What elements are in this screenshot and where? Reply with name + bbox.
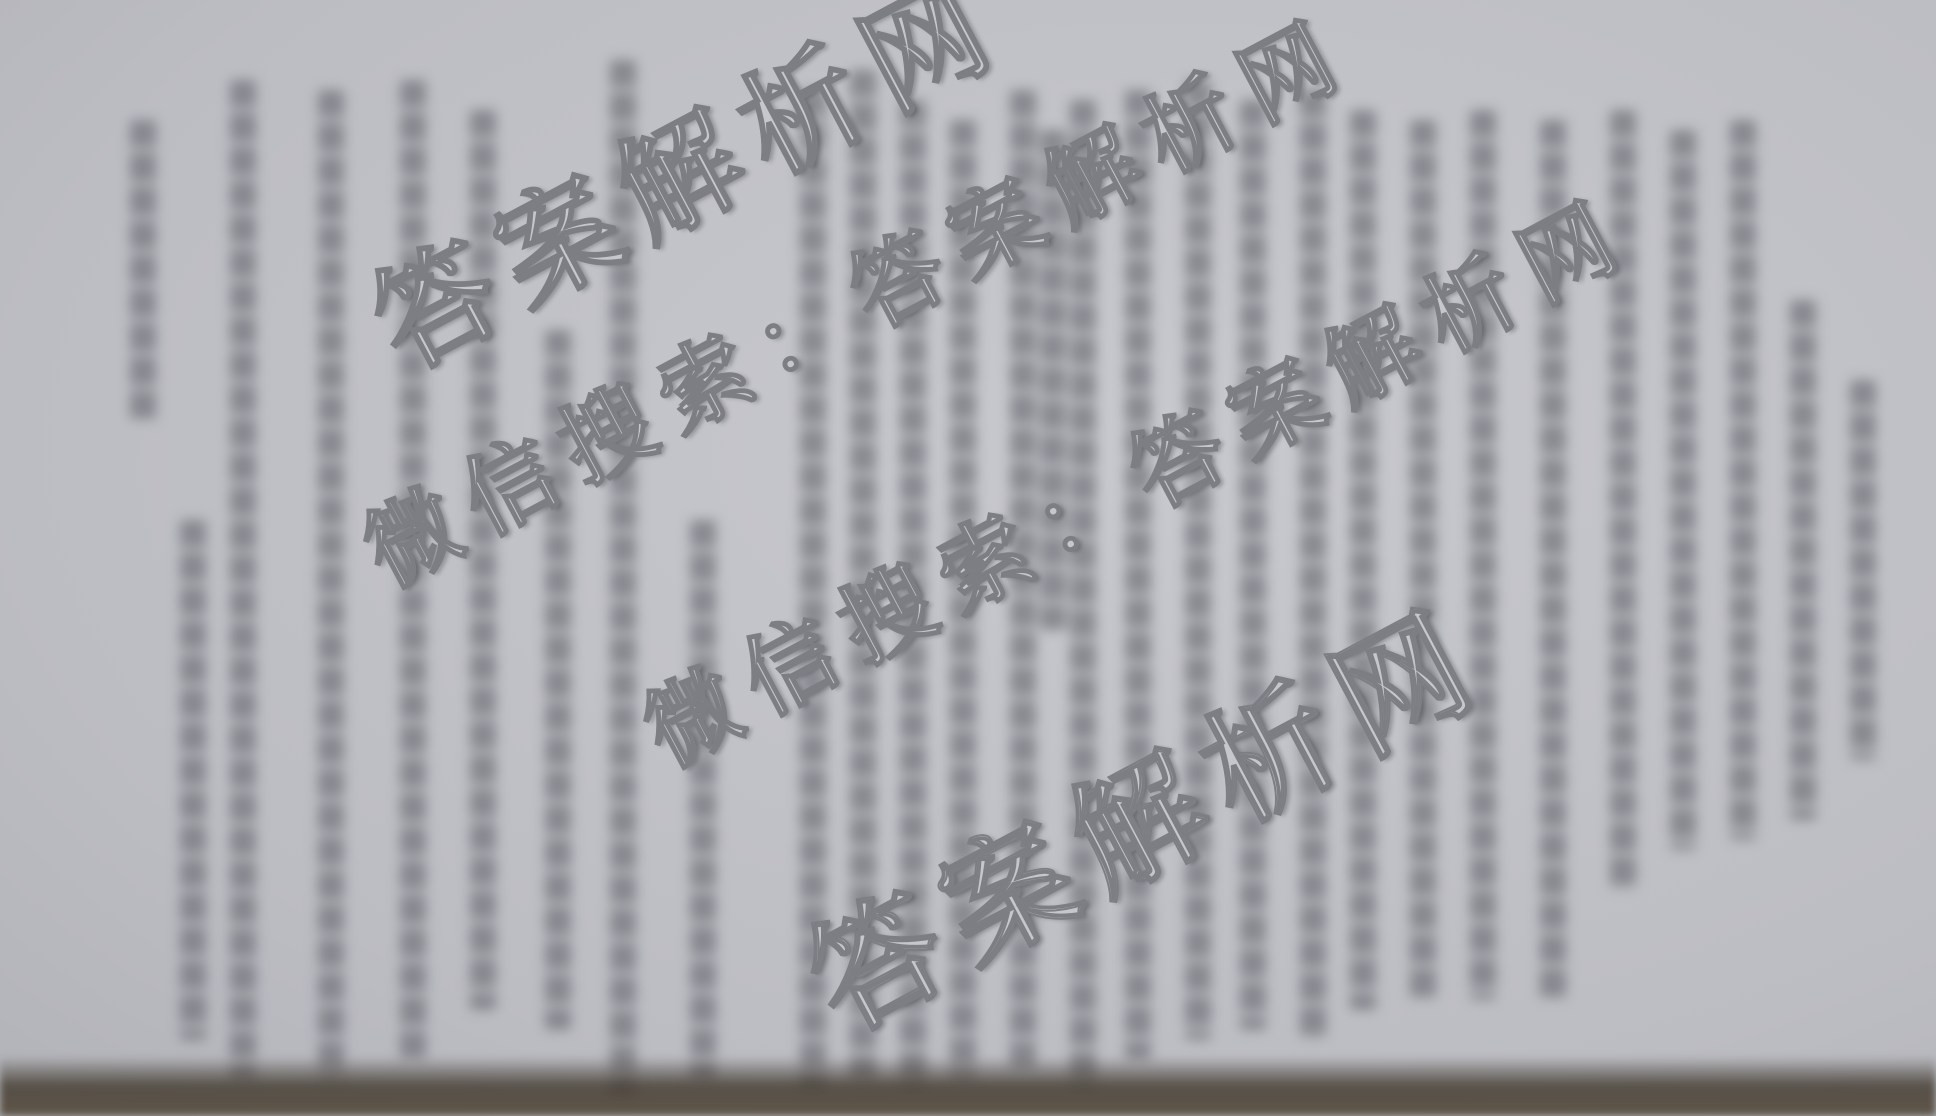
text-column [690,520,716,1080]
text-column [1350,110,1376,1010]
text-column [180,520,206,1040]
text-column [1670,130,1696,850]
text-column [130,120,156,420]
text-column [1240,100,1266,1030]
text-column [1300,90,1326,1040]
text-column [1790,300,1816,820]
text-column [230,80,256,1080]
text-column [1850,380,1876,760]
table-surface [0,1056,1936,1116]
text-column [1185,80,1211,1040]
text-column [318,90,344,1080]
text-column [1730,120,1756,840]
